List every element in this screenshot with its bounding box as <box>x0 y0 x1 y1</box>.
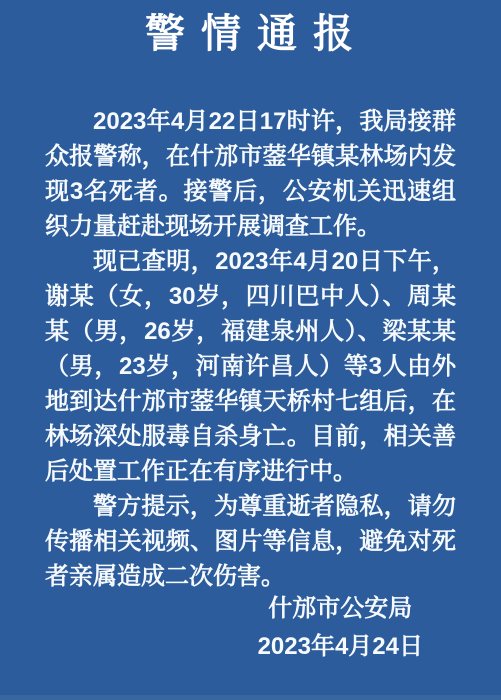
notice-paragraph-findings: 现已查明，2023年4月20日下午，谢某（女，30岁，四川巴中人）、周某某（男，… <box>45 244 456 489</box>
signature-date: 2023年4月24日 <box>258 628 423 666</box>
notice-body: 2023年4月22日17时许，我局接群众报警称，在什邡市蓥华镇某林场内发现3名死… <box>45 104 456 594</box>
notice-title: 警 情 通 报 <box>0 2 501 59</box>
police-notice: 警 情 通 报 2023年4月22日17时许，我局接群众报警称，在什邡市蓥华镇某… <box>0 0 501 700</box>
notice-signature: 什邡市公安局 2023年4月24日 <box>258 590 423 666</box>
notice-paragraph-warning: 警方提示，为尊重逝者隐私，请勿传播相关视频、图片等信息，避免对死者亲属造成二次伤… <box>45 489 456 594</box>
signature-agency: 什邡市公安局 <box>258 590 423 628</box>
bottom-edge-strip <box>0 695 501 700</box>
notice-paragraph-report: 2023年4月22日17时许，我局接群众报警称，在什邡市蓥华镇某林场内发现3名死… <box>45 104 456 244</box>
